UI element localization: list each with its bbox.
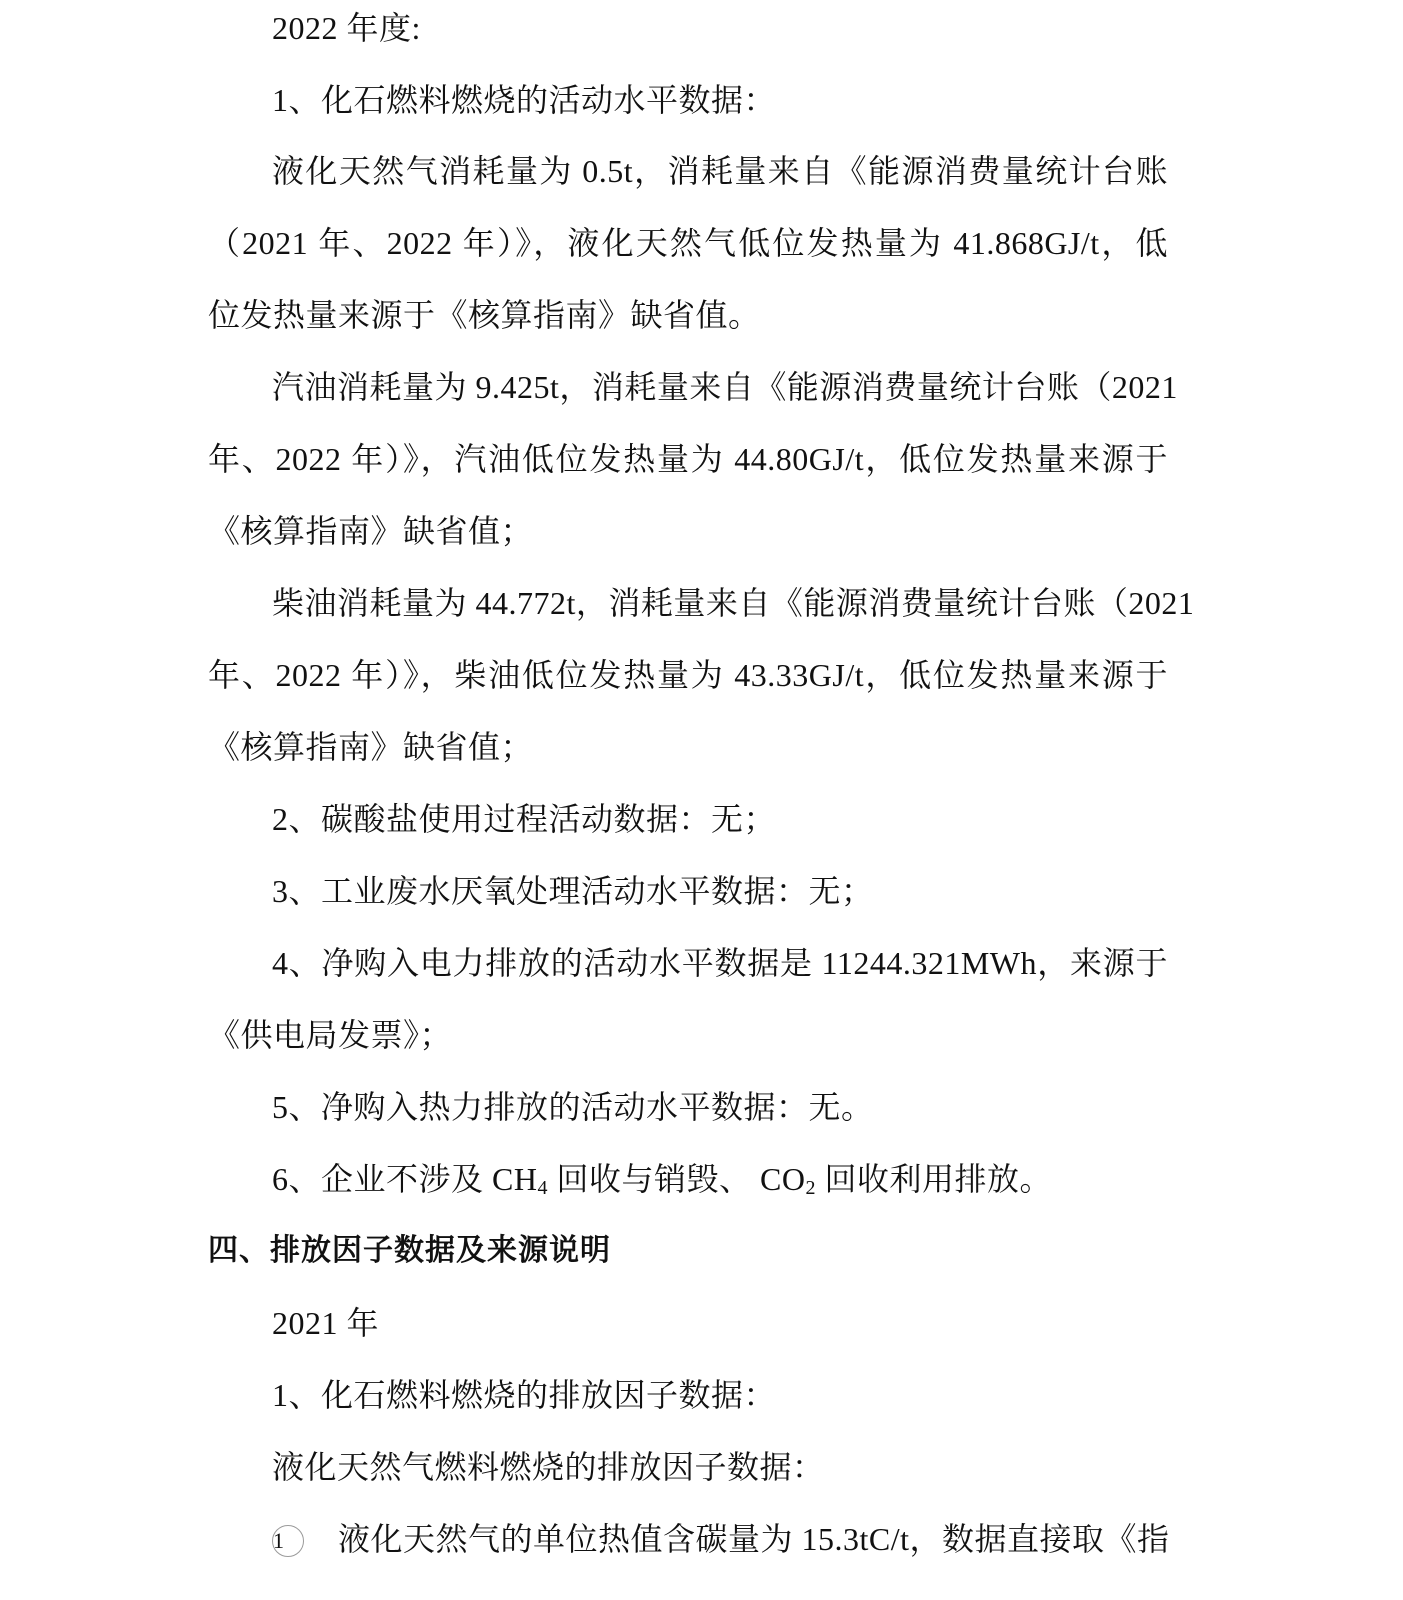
item6-middle: 回收与销毁、 CO [548, 1161, 805, 1197]
item6-suffix: 回收利用排放。 [816, 1161, 1052, 1197]
lng-emission-factor-title: 液化天然气燃料燃烧的排放因子数据： [272, 1447, 1168, 1487]
lng-paragraph-line1: 液化天然气消耗量为 0.5t，消耗量来自《能源消费量统计台账 [272, 151, 1168, 191]
diesel-paragraph-line1: 柴油消耗量为 44.772t，消耗量来自《能源消费量统计台账（2021 [272, 583, 1168, 623]
lng-point1-text: 液化天然气的单位热值含碳量为 15.3tC/t，数据直接取《指 [338, 1521, 1170, 1557]
item1-fossil-fuel-activity-title: 1、化石燃料燃烧的活动水平数据： [272, 80, 1168, 120]
gasoline-paragraph-line1: 汽油消耗量为 9.425t，消耗量来自《能源消费量统计台账（2021 [272, 367, 1168, 407]
co2-subscript: 2 [805, 1177, 816, 1199]
item1-emission-factor-title: 1、化石燃料燃烧的排放因子数据： [272, 1375, 1168, 1415]
item2-carbonate: 2、碳酸盐使用过程活动数据：无； [272, 799, 1168, 839]
circled-number-1: 1 [272, 1525, 304, 1557]
lng-point1: 1液化天然气的单位热值含碳量为 15.3tC/t，数据直接取《指 [272, 1519, 1168, 1559]
year-2022-heading: 2022 年度: [272, 8, 1168, 48]
lng-paragraph-line2: （2021 年、2022 年）》，液化天然气低位发热量为 41.868GJ/t，… [208, 223, 1168, 263]
item3-wastewater: 3、工业废水厌氧处理活动水平数据：无； [272, 871, 1168, 911]
item4-electricity-line1: 4、净购入电力排放的活动水平数据是 11244.321MWh，来源于 [272, 943, 1168, 983]
section4-title: 四、排放因子数据及来源说明 [208, 1231, 1168, 1271]
gasoline-paragraph-line3: 《核算指南》缺省值； [208, 511, 1168, 551]
lng-paragraph-line3: 位发热量来源于《核算指南》缺省值。 [208, 295, 1168, 335]
diesel-paragraph-line2: 年、2022 年）》，柴油低位发热量为 43.33GJ/t，低位发热量来源于 [208, 655, 1168, 695]
diesel-paragraph-line3: 《核算指南》缺省值； [208, 727, 1168, 767]
item4-electricity-line2: 《供电局发票》； [208, 1015, 1168, 1055]
item5-heat: 5、净购入热力排放的活动水平数据：无。 [272, 1087, 1168, 1127]
document-page: 2022 年度: 1、化石燃料燃烧的活动水平数据： 液化天然气消耗量为 0.5t… [0, 0, 1403, 1600]
item6-ch4-co2: 6、企业不涉及 CH4 回收与销毁、 CO2 回收利用排放。 [272, 1159, 1168, 1199]
gasoline-paragraph-line2: 年、2022 年）》，汽油低位发热量为 44.80GJ/t，低位发热量来源于 [208, 439, 1168, 479]
ch4-subscript: 4 [537, 1177, 548, 1199]
year-2021-heading: 2021 年 [272, 1303, 1168, 1343]
item6-prefix: 6、企业不涉及 CH [272, 1161, 537, 1197]
